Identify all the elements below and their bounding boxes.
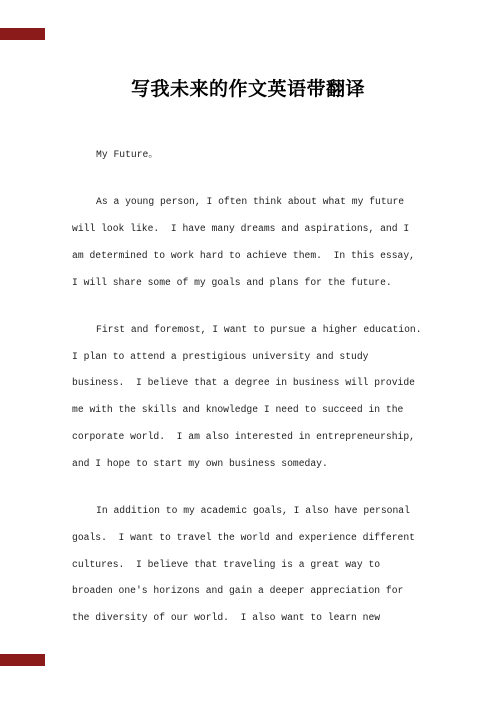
essay-subtitle: My Future。: [72, 142, 424, 169]
page-edge-marker-bottom: [0, 654, 45, 666]
document-page: 写我未来的作文英语带翻译 My Future。 As a young perso…: [0, 0, 496, 702]
essay-paragraph: In addition to my academic goals, I also…: [72, 498, 424, 632]
page-edge-marker-top: [0, 28, 45, 40]
page-title: 写我未来的作文英语带翻译: [72, 76, 424, 104]
essay-paragraph: First and foremost, I want to pursue a h…: [72, 317, 424, 478]
essay-paragraph: As a young person, I often think about w…: [72, 189, 424, 296]
